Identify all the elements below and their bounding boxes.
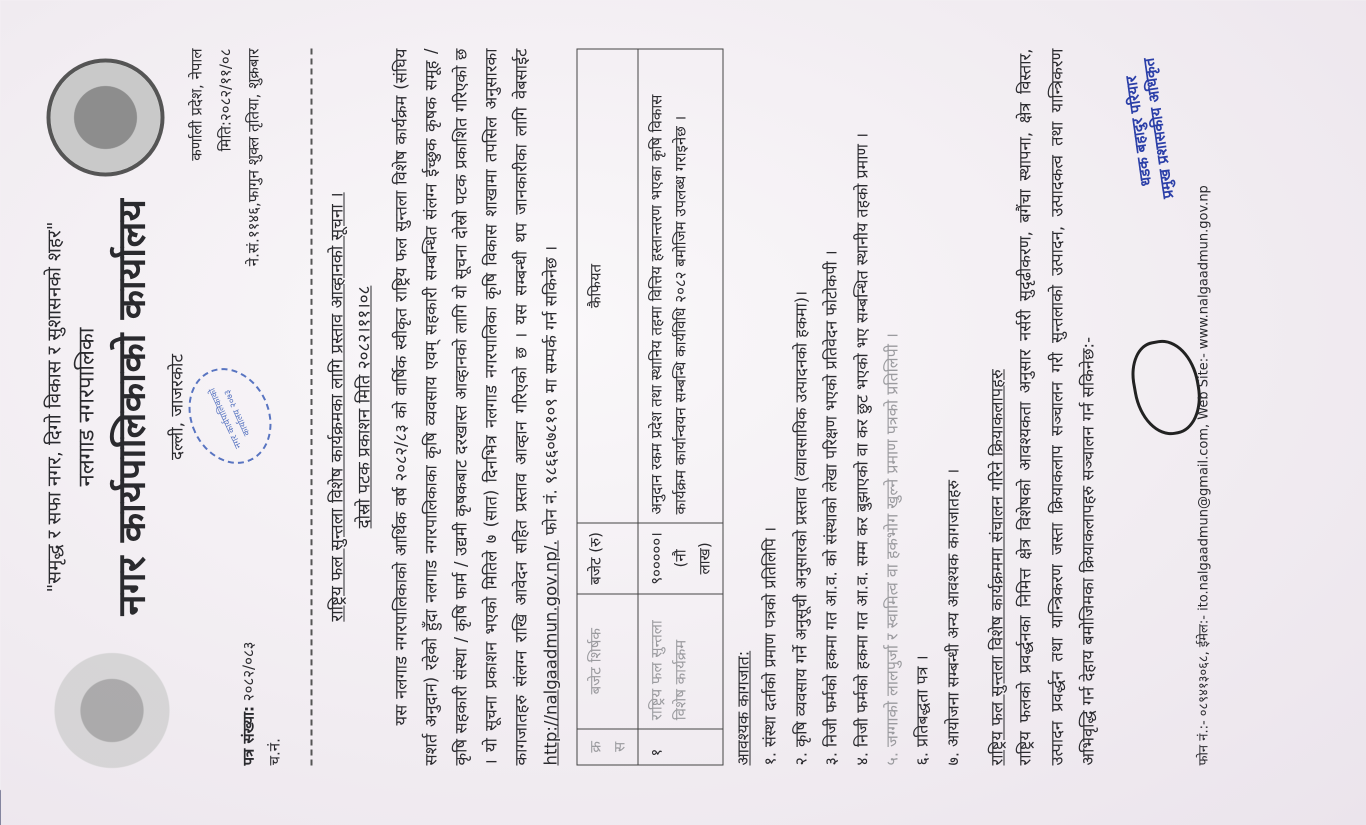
contact-phone: फोन नं. ९८६६०७८१०९ मा सम्पर्क गर्न सकिने…	[541, 245, 560, 534]
letter-meta: पत्र संख्या: २०८२/०८३ च.नं.	[236, 641, 287, 765]
website-link[interactable]: http://nalgaadmun.gov.np/.	[541, 540, 560, 765]
dispatch-no-label: च.नं.	[262, 641, 288, 765]
list-item: ४. निजी फर्मको हकमा गत आ.व. सम्म कर बुझा…	[847, 48, 877, 765]
letter-no-label: पत्र संख्या:	[239, 705, 257, 765]
cell-budget: ९०००००। (नौ लाख)	[638, 523, 723, 594]
list-item: २. कृषि व्यवसाय गर्ने अनुसूची अनुसारको प…	[786, 48, 816, 765]
date: मिति:२०८२/११/०८	[211, 48, 240, 266]
office-stamp: नगर कार्यपालिकाको कार्यालय २०७३	[173, 354, 286, 477]
list-item: १. संस्था दर्ताको प्रमाण पत्रको प्रतिलिप…	[755, 48, 785, 765]
letterhead: "समृद्ध र सफा नगर, दिगो विकास र सुशासनको…	[40, 48, 310, 765]
col-budget: बजेट (रु)	[577, 523, 638, 594]
budget-amount: ९०००००।	[644, 531, 668, 585]
col-budget-heading: बजेट शिर्षक	[577, 593, 638, 728]
cell-sn: १	[638, 728, 723, 764]
budget-amount-words: (नौ लाख)	[668, 531, 716, 585]
notice-body: यस नलगाड नगरपालिकाको आर्थिक वर्ष २०८२/८३…	[386, 48, 566, 765]
required-docs-heading: आवश्यक कागजात:	[731, 48, 753, 765]
cell-remarks: अनुदान रकम प्रदेश तथा स्थानिय तहमा वित्त…	[638, 49, 723, 523]
nepal-sambat-date: ने.सं.११४६,फागुन शुक्ल तृतिया, शुक्रबार	[239, 48, 268, 266]
official-stamp: धडक बहादुर परियार प्रमुख प्रशासकीय अधिकृ…	[1120, 56, 1178, 202]
activities-text: राष्ट्रिय फलको प्रवर्द्धनका निमित्त क्षे…	[1009, 48, 1103, 765]
list-item: ३. निजी फर्मको हकमा गत आ.व. को संस्थाको …	[816, 48, 846, 765]
notice-title-line1: राष्ट्रिय फल सुन्तला विशेष कार्यक्रमका ल…	[324, 48, 351, 765]
col-remarks: कैफियत	[577, 49, 638, 523]
table-header-row: क्र स बजेट शिर्षक बजेट (रु) कैफियत	[577, 49, 638, 765]
scanned-notice-page: "समृद्ध र सफा नगर, दिगो विकास र सुशासनको…	[0, 0, 1366, 825]
list-item: ६. प्रतिबद्धता पत्र ।	[907, 48, 937, 765]
contact-info: फोन नं.:- ०८९४१३०६८, ईमेल:- ito.nalgaadm…	[1193, 185, 1211, 765]
province: कर्णाली प्रदेश, नेपाल	[182, 48, 211, 266]
notice-title: राष्ट्रिय फल सुन्तला विशेष कार्यक्रमका ल…	[324, 48, 378, 765]
nepal-emblem-icon	[40, 635, 170, 785]
date-meta: कर्णाली प्रदेश, नेपाल मिति:२०८२/११/०८ ने…	[182, 48, 268, 266]
table-row: १ राष्ट्रिय फल सुन्तला विशेष कार्यक्रम ९…	[638, 49, 723, 765]
footer: धडक बहादुर परियार प्रमुख प्रशासकीय अधिकृ…	[1133, 48, 1223, 765]
list-item: ५. जग्गाको लालपुर्जा र स्वामित्व वा हकभो…	[877, 48, 907, 765]
notice-publish-date: दोस्रो पटक प्रकाशन मिति २०८२।११।०८	[351, 48, 378, 765]
cell-heading: राष्ट्रिय फल सुन्तला विशेष कार्यक्रम	[638, 593, 723, 728]
required-docs-list: १. संस्था दर्ताको प्रमाण पत्रको प्रतिलिप…	[755, 48, 968, 765]
budget-table: क्र स बजेट शिर्षक बजेट (रु) कैफियत १ राष…	[576, 48, 723, 765]
col-sn: क्र स	[577, 728, 638, 764]
list-item: ७. आयोजना सम्बन्धी अन्य आवश्यक कागजातहरु…	[938, 48, 968, 765]
letter-no: २०८२/०८३	[239, 641, 257, 701]
municipality-logo-icon	[46, 58, 164, 176]
activities-heading: राष्ट्रिय फल सुन्तला विशेष कार्यक्रममा स…	[984, 48, 1007, 765]
notice-body-text: यस नलगाड नगरपालिकाको आर्थिक वर्ष २०८२/८३…	[391, 48, 530, 765]
